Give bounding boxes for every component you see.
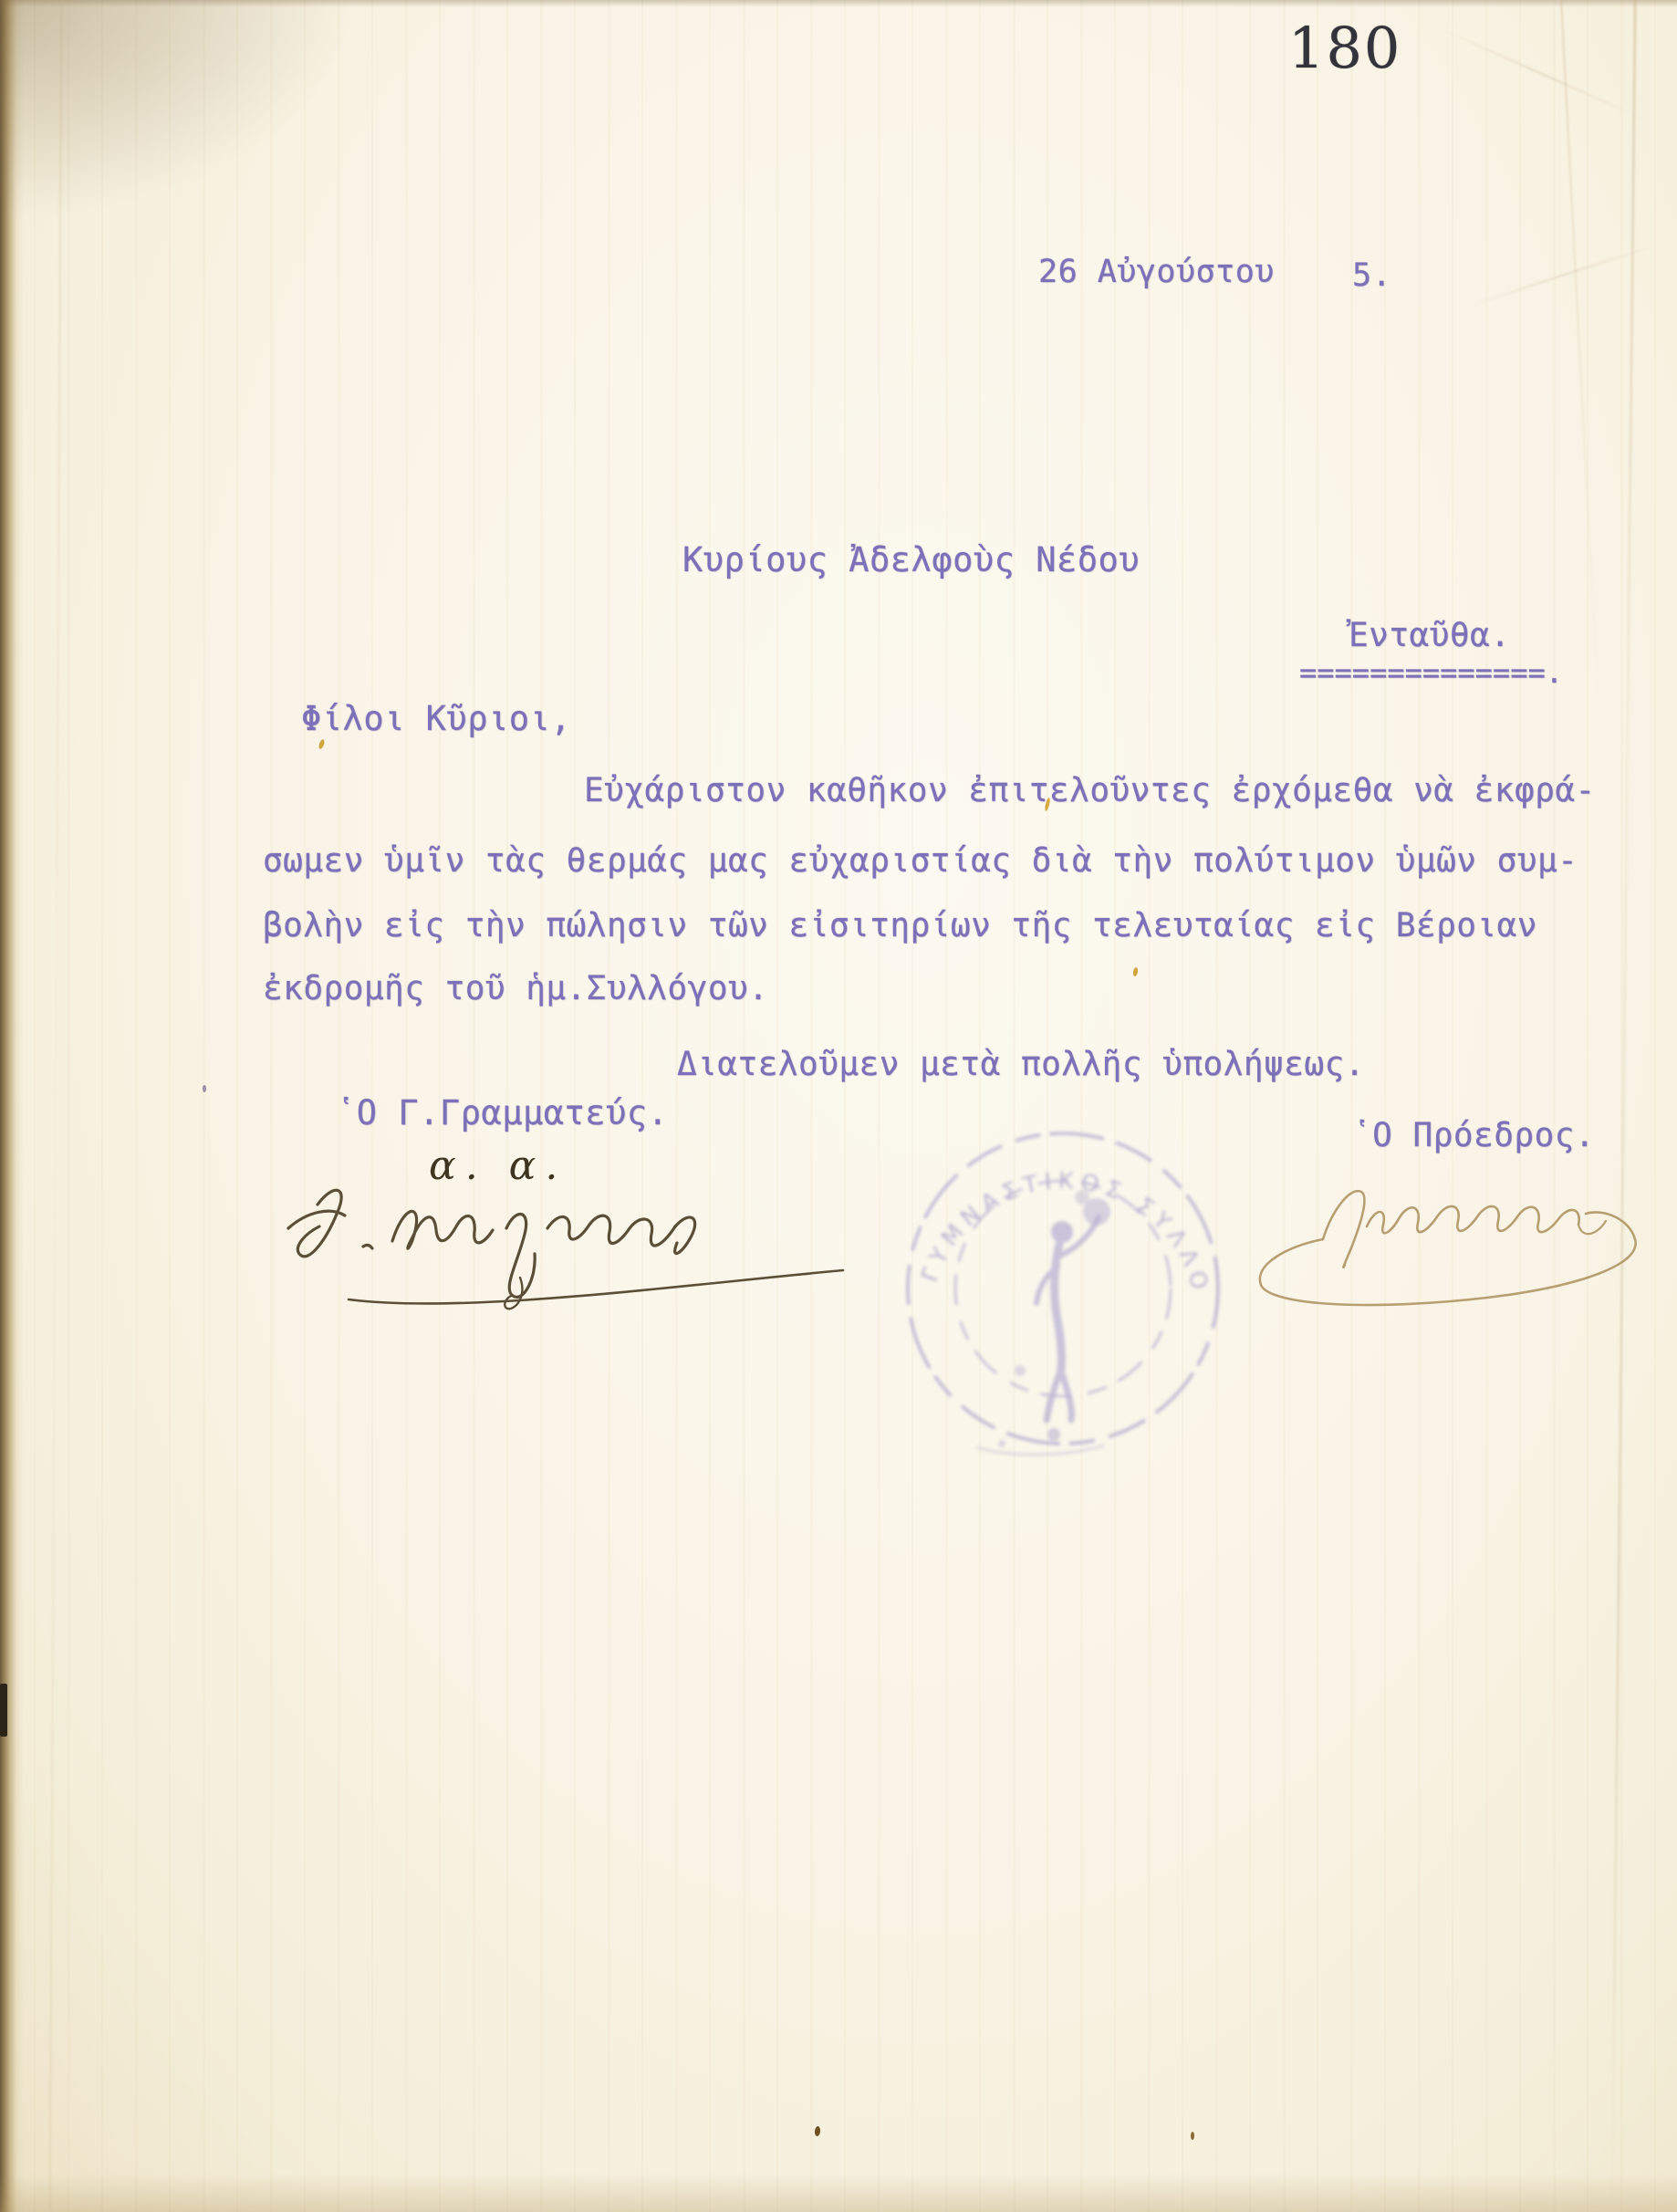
salutation-line: Φίλοι Κῦριοι, [301,699,571,738]
president-signature [1213,1155,1677,1338]
ink-speck [318,738,325,749]
body-line: βολὴν εἰς τὴν πώλησιν τῶν εἰσιτηρίων τῆς… [263,907,1659,944]
paper-crease [1433,25,1651,123]
ink-speck [1191,2132,1194,2140]
club-seal-stamp: ΓΥΜΝΑΣΤΙΚΟΣ ΣΥΛΛΟΓΟΣ [867,1095,1259,1487]
paper-crease [1610,0,1636,2212]
paper-crease [1464,242,1664,308]
paper-top-edge [0,0,1677,7]
paper-crease [49,0,63,2212]
body-line: σωμεν ὑμῖν τὰς θερμάς μας εὐχαριστίας δι… [263,842,1659,880]
page-number: 180 [1288,15,1401,81]
president-title: ῾Ο Πρόεδρος. [1352,1117,1595,1154]
body-line: ἐκδρομῆς τοῦ ἡμ.Συλλόγου. [263,970,1659,1007]
scanned-letter-page: 180 26 Αὐγούστου 5. Κυρίους Ἀδελφοὺς Νέδ… [0,0,1677,2212]
body-line: Εὐχάριστον καθῆκον ἐπιτελοῦντες ἐρχόμεθα… [263,772,1659,809]
paper-corner-shadow [0,0,383,237]
date-year-text: 5. [1352,257,1391,294]
secretary-signature [246,1170,885,1334]
body-paragraph: Εὐχάριστον καθῆκον ἐπιτελοῦντες ἐρχόμεθα… [263,772,1659,1007]
date-text: 26 Αὐγούστου [1038,254,1275,290]
location-rule: ==============. [1299,655,1563,690]
ink-speck [815,2126,821,2136]
secretary-title: ῾Ο Γ.Γραμματεύς. [336,1093,668,1132]
paper-torn-left-edge [0,0,24,2212]
ink-speck [203,1085,206,1092]
closing-line: Διατελοῦμεν μετὰ πολλῆς ὑπολήψεως. [677,1046,1365,1083]
ink-speck [0,1684,7,1737]
location-line: Ἐνταῦθα. [1349,617,1510,654]
seal-figure [1036,1217,1099,1420]
paper-crease [1560,0,1599,693]
recipient-line: Κυρίους Ἀδελφοὺς Νέδου [682,540,1140,579]
